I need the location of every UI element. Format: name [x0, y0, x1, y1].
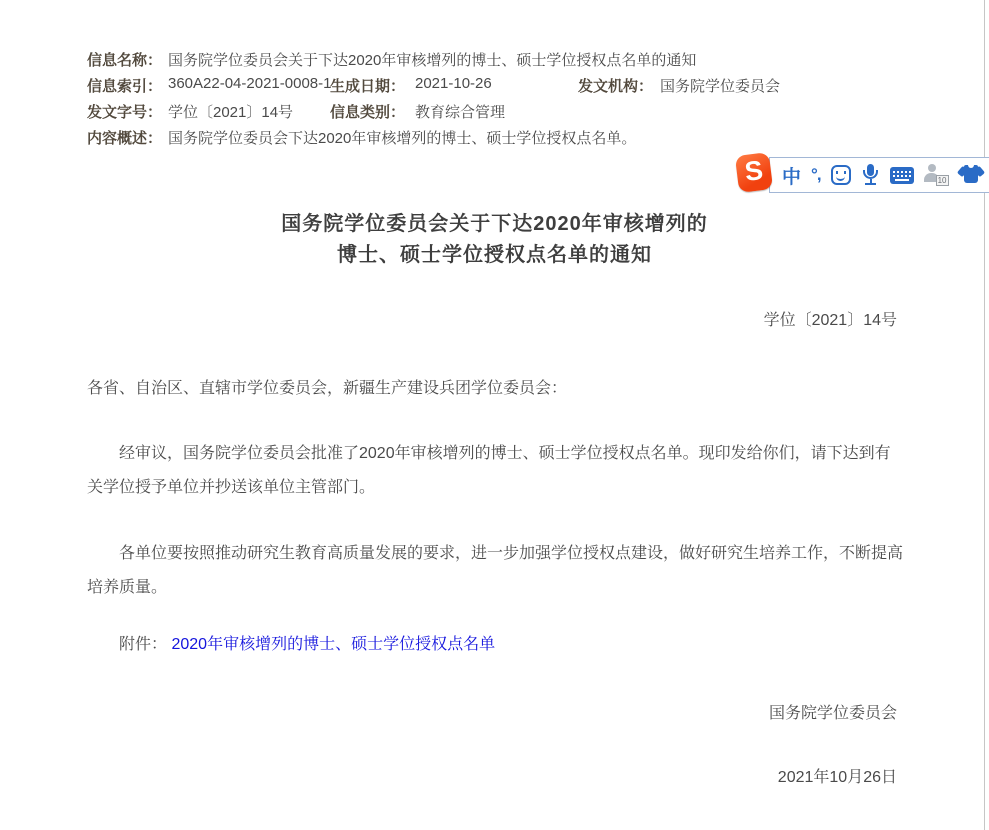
- page-right-border: [984, 0, 985, 830]
- signer-name: 国务院学位委员会: [87, 700, 897, 723]
- microphone-icon: [861, 164, 880, 187]
- info-category-value: 教育综合管理: [415, 101, 505, 122]
- meta-row-name: 信息名称： 国务院学位委员会关于下达2020年审核增列的博士、硕士学位授权点名单…: [87, 46, 899, 72]
- info-name-label: 信息名称：: [87, 49, 162, 70]
- sogou-logo[interactable]: S: [735, 152, 773, 193]
- generate-date-label: 生成日期：: [330, 75, 405, 96]
- document-date: 2021年10月26日: [87, 764, 897, 787]
- attachment-line: 附件： 2020年审核增列的博士、硕士学位授权点名单: [87, 631, 907, 654]
- paragraph-1: 经审议，国务院学位委员会批准了2020年审核增列的博士、硕士学位授权点名单。现印…: [87, 437, 905, 505]
- info-metadata-block: 信息名称： 国务院学位委员会关于下达2020年审核增列的博士、硕士学位授权点名单…: [87, 46, 899, 150]
- ime-skin-button[interactable]: [959, 165, 983, 185]
- page: 信息名称： 国务院学位委员会关于下达2020年审核增列的博士、硕士学位授权点名单…: [0, 0, 989, 830]
- info-index-value: 360A22-04-2021-0008-1: [168, 75, 331, 92]
- document-title-line1: 国务院学位委员会关于下达2020年审核增列的: [0, 209, 989, 240]
- info-category-label: 信息类别：: [330, 101, 405, 122]
- issuing-agency-value: 国务院学位委员会: [660, 75, 780, 96]
- smiley-icon: [831, 165, 851, 185]
- salutation-line: 各省、自治区、直辖市学位委员会，新疆生产建设兵团学位委员会：: [87, 375, 907, 398]
- ime-login-button[interactable]: 10: [924, 164, 949, 186]
- doc-number-label: 发文字号：: [87, 101, 162, 122]
- ime-toolbar: 中 °, 10: [737, 153, 989, 197]
- document-title: 国务院学位委员会关于下达2020年审核增列的 博士、硕士学位授权点名单的通知: [0, 209, 989, 271]
- ime-keyboard-button[interactable]: [890, 167, 914, 184]
- document-number: 学位〔2021〕14号: [87, 307, 897, 330]
- summary-value: 国务院学位委员会下达2020年审核增列的博士、硕士学位授权点名单。: [168, 127, 636, 148]
- ime-language-toggle[interactable]: 中: [782, 162, 801, 189]
- info-name-value: 国务院学位委员会关于下达2020年审核增列的博士、硕士学位授权点名单的通知: [168, 49, 696, 70]
- login-badge: 10: [936, 175, 949, 186]
- summary-label: 内容概述：: [87, 127, 162, 148]
- issuing-agency-label: 发文机构：: [578, 75, 653, 96]
- ime-punctuation-toggle[interactable]: °,: [811, 165, 821, 185]
- info-index-label: 信息索引：: [87, 75, 162, 96]
- meta-row-docnum: 发文字号： 学位〔2021〕14号 信息类别： 教育综合管理: [87, 98, 899, 124]
- ime-voice-button[interactable]: [861, 164, 880, 187]
- meta-row-summary: 内容概述： 国务院学位委员会下达2020年审核增列的博士、硕士学位授权点名单。: [87, 124, 899, 150]
- meta-row-index: 信息索引： 360A22-04-2021-0008-1 生成日期： 2021-1…: [87, 72, 899, 98]
- paragraph-2: 各单位要按照推动研究生教育高质量发展的要求，进一步加强学位授权点建设，做好研究生…: [87, 537, 905, 605]
- attachment-link[interactable]: 2020年审核增列的博士、硕士学位授权点名单: [171, 636, 495, 653]
- generate-date-value: 2021-10-26: [415, 75, 492, 92]
- tshirt-icon: [959, 165, 983, 185]
- user-login-icon: 10: [924, 164, 949, 186]
- doc-number-value: 学位〔2021〕14号: [168, 101, 293, 122]
- keyboard-icon: [890, 167, 914, 184]
- ime-emoji-button[interactable]: [831, 165, 851, 185]
- ime-toolbar-bar: 中 °, 10: [769, 157, 989, 193]
- attachment-label: 附件：: [119, 636, 167, 653]
- document-title-line2: 博士、硕士学位授权点名单的通知: [0, 240, 989, 271]
